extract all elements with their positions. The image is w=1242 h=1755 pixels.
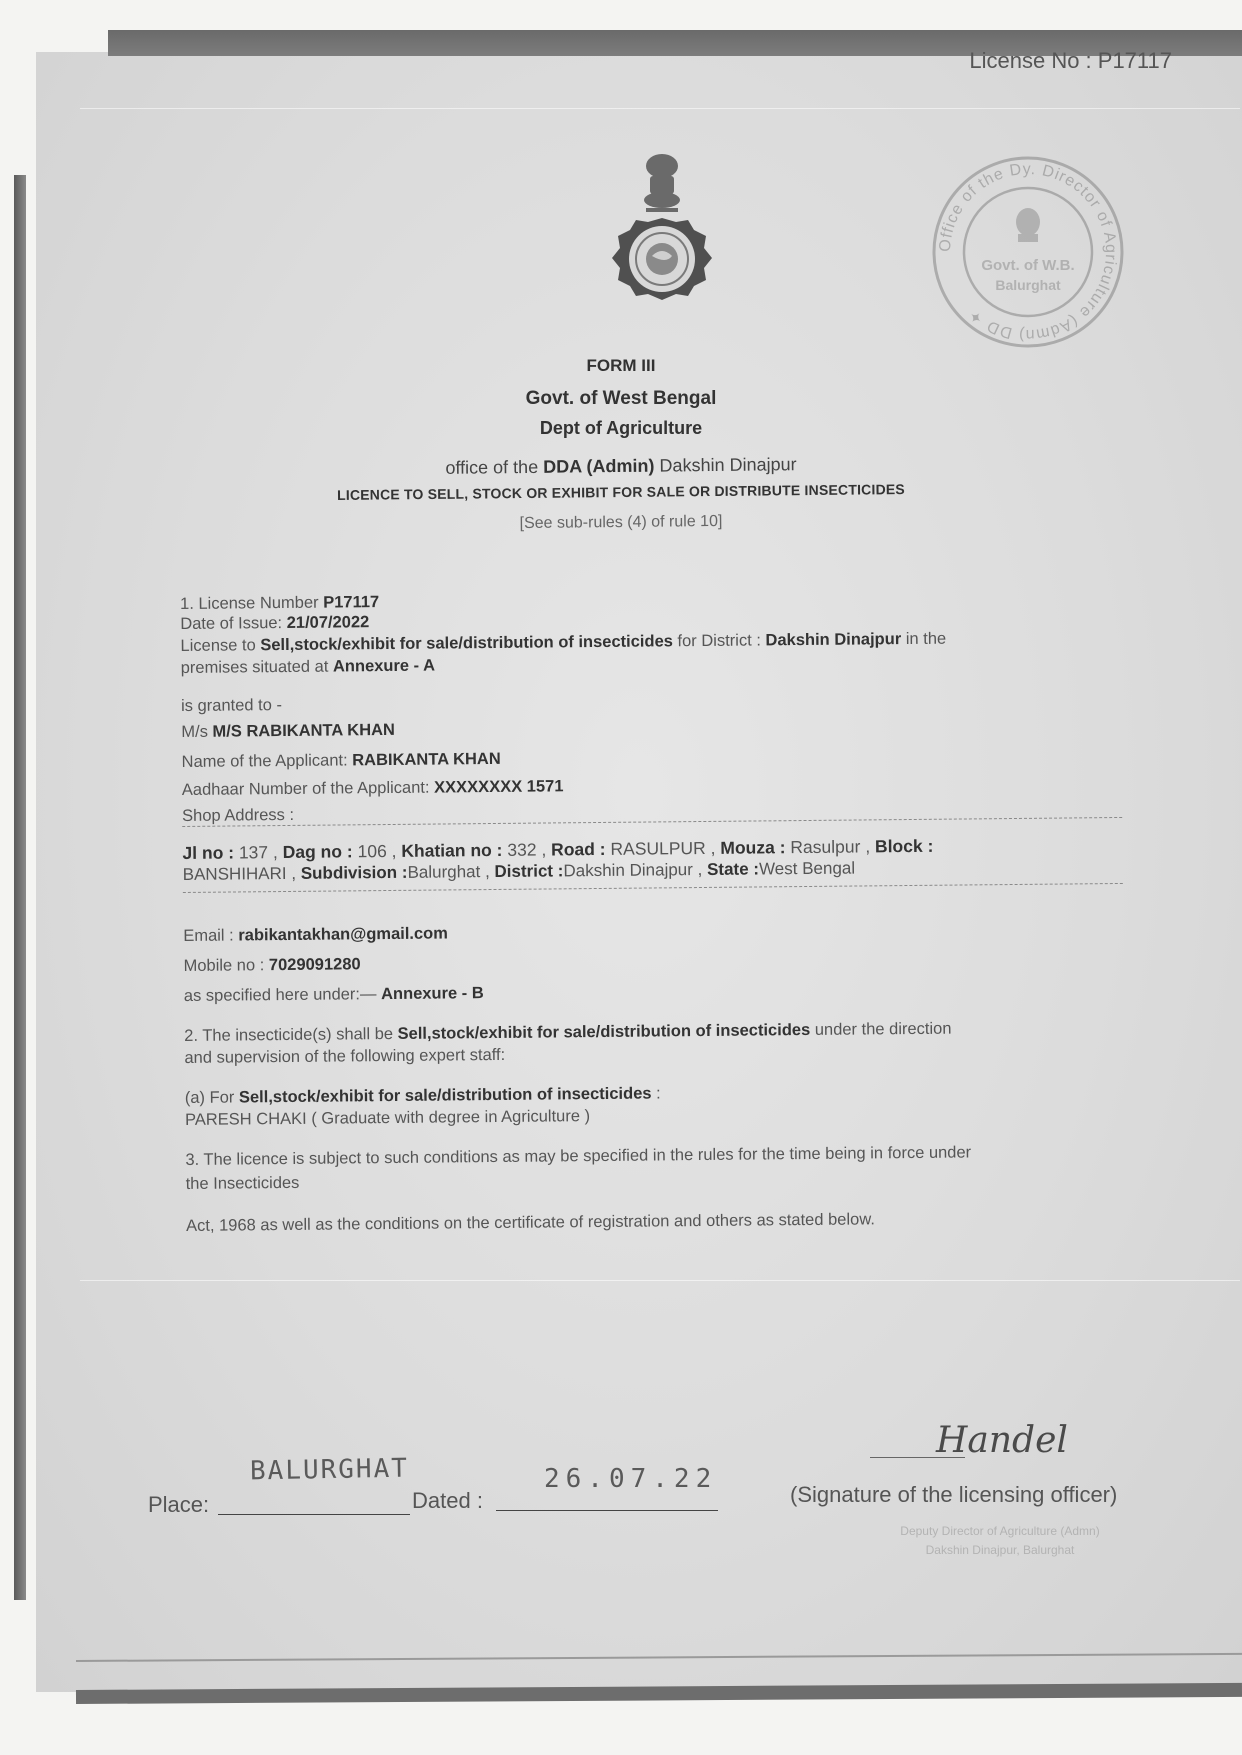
dated-label: Dated : [412,1488,483,1514]
officer-stamp: Deputy Director of Agriculture (Admn) Da… [860,1522,1140,1560]
clause-2-line-2: and supervision of the following expert … [184,1045,505,1070]
date-handwritten: 26.07.22 [544,1464,717,1494]
license-details: 1. License Number P17117 Date of Issue: … [180,584,1187,1294]
scan-artifact-line [80,108,1240,109]
email-line: Email : rabikantakhan@gmail.com [183,923,448,947]
west-bengal-emblem-icon [598,148,726,318]
dated-underline [496,1510,718,1511]
date-of-issue-line: Date of Issue: 21/07/2022 [180,612,369,635]
applicant-name-line: Name of the Applicant: RABIKANTA KHAN [182,749,501,773]
granted-to-line: is granted to - [181,695,282,717]
office-seal-icon: Office of the Dy. Director of Agricultur… [928,152,1128,352]
place-handwritten: BALURGHAT [250,1454,409,1487]
expert-staff: PARESH CHAKI ( Graduate with degree in A… [185,1106,590,1131]
mobile-line: Mobile no : 7029091280 [183,954,360,977]
license-number-header: License No : P17117 [969,48,1172,74]
clause-3-line-3: Act, 1968 as well as the conditions on t… [186,1209,875,1237]
svg-text:Balurghat: Balurghat [995,277,1061,293]
department-name: Dept of Agriculture [0,418,1242,439]
annexure-b-line: as specified here under:— Annexure - B [184,983,484,1007]
firm-name-line: M/s M/S RABIKANTA KHAN [181,720,395,743]
svg-text:Govt. of W.B.: Govt. of W.B. [981,257,1074,274]
aadhaar-line: Aadhaar Number of the Applicant: XXXXXXX… [182,776,564,801]
shop-address-label: Shop Address : [182,805,294,828]
officer-signature: Handel [936,1420,1068,1461]
place-underline [218,1514,410,1515]
form-title: FORM III [0,356,1242,376]
clause-2-line-1: 2. The insecticide(s) shall be Sell,stoc… [184,1019,951,1048]
premises-line: premises situated at Annexure - A [181,656,436,680]
government-name: Govt. of West Bengal [0,388,1242,410]
signature-label: (Signature of the licensing officer) [790,1482,1117,1508]
clause-3-line-1: 3. The licence is subject to such condit… [185,1142,971,1171]
place-label: Place: [148,1492,209,1518]
clause-3-line-2: the Insecticides [186,1173,300,1196]
divider [182,817,1122,827]
